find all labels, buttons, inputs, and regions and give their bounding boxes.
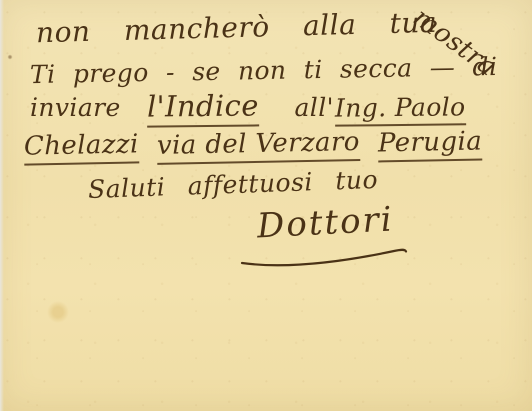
handwritten-letter: non mancherò alla tua mostra Ti prego - … xyxy=(0,0,532,411)
handwriting-line-2: Ti prego - se non ti secca — di xyxy=(30,54,498,87)
handwriting-line-5: Saluti affettuosi tuo xyxy=(88,167,379,202)
line3-underlined-index: l'Indice xyxy=(146,91,258,127)
line4-underlined-city: Perugia xyxy=(377,128,482,162)
handwriting-line-4: Chelazzivia del VerzaroPerugia xyxy=(24,129,482,165)
line3-word-all: all' xyxy=(295,93,334,122)
line1-text: non mancherò alla tua xyxy=(36,6,438,49)
line3-word-inviare: inviare xyxy=(30,93,121,122)
signature: Dottori xyxy=(256,202,394,243)
line4-underlined-street: via del Verzaro xyxy=(156,129,359,165)
paper-edge xyxy=(0,0,4,411)
handwriting-line-3: inviarel'Indiceall'Ing. Paolo xyxy=(30,92,465,127)
line4-underlined-surname: Chelazzi xyxy=(24,131,139,165)
signature-flourish xyxy=(238,244,410,270)
handwriting-line-1: non mancherò alla tua xyxy=(36,9,438,47)
line3-underlined-recipient: Ing. Paolo xyxy=(335,94,466,126)
